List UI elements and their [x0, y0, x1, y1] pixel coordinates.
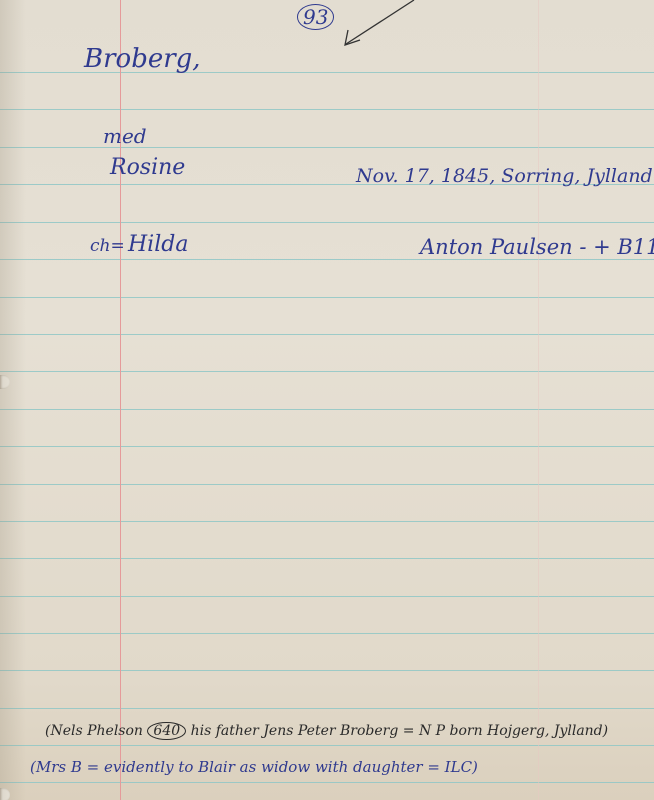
spouse-prefix: med	[103, 124, 147, 148]
rule-line	[0, 596, 654, 597]
circled-number: 640	[147, 722, 186, 740]
rule-line	[0, 259, 654, 260]
child-prefix: ch=	[90, 236, 125, 256]
notebook-page: 93 Broberg, med Rosine Nov. 17, 1845, So…	[0, 0, 654, 800]
child-name: Hilda	[128, 232, 188, 257]
page-number: 93	[297, 4, 334, 30]
rule-line	[0, 109, 654, 110]
rule-line	[0, 222, 654, 223]
note-line-1: (Nels Phelson 640 his father Jens Peter …	[45, 722, 608, 740]
rule-line	[0, 371, 654, 372]
spouse-birth: Nov. 17, 1845, Sorring, Jylland	[356, 165, 653, 187]
binder-hole	[0, 375, 10, 389]
rule-line	[0, 446, 654, 447]
rule-line	[0, 484, 654, 485]
rule-line	[0, 297, 654, 298]
rule-line	[0, 334, 654, 335]
rule-line	[0, 782, 654, 783]
binder-hole	[0, 788, 10, 800]
rule-line	[0, 745, 654, 746]
surname: Broberg,	[84, 44, 201, 74]
note-line-2: (Mrs B = evidently to Blair as widow wit…	[30, 758, 478, 776]
rule-line	[0, 147, 654, 148]
rule-line	[0, 633, 654, 634]
margin-line	[120, 0, 121, 800]
right-margin-line	[538, 0, 539, 800]
rule-line	[0, 708, 654, 709]
rule-line	[0, 558, 654, 559]
arrow-icon	[340, 0, 420, 50]
rule-line	[0, 670, 654, 671]
reference: Anton Paulsen - + B11	[420, 235, 654, 259]
spouse-name: Rosine	[110, 155, 185, 180]
rule-line	[0, 409, 654, 410]
rule-line	[0, 521, 654, 522]
